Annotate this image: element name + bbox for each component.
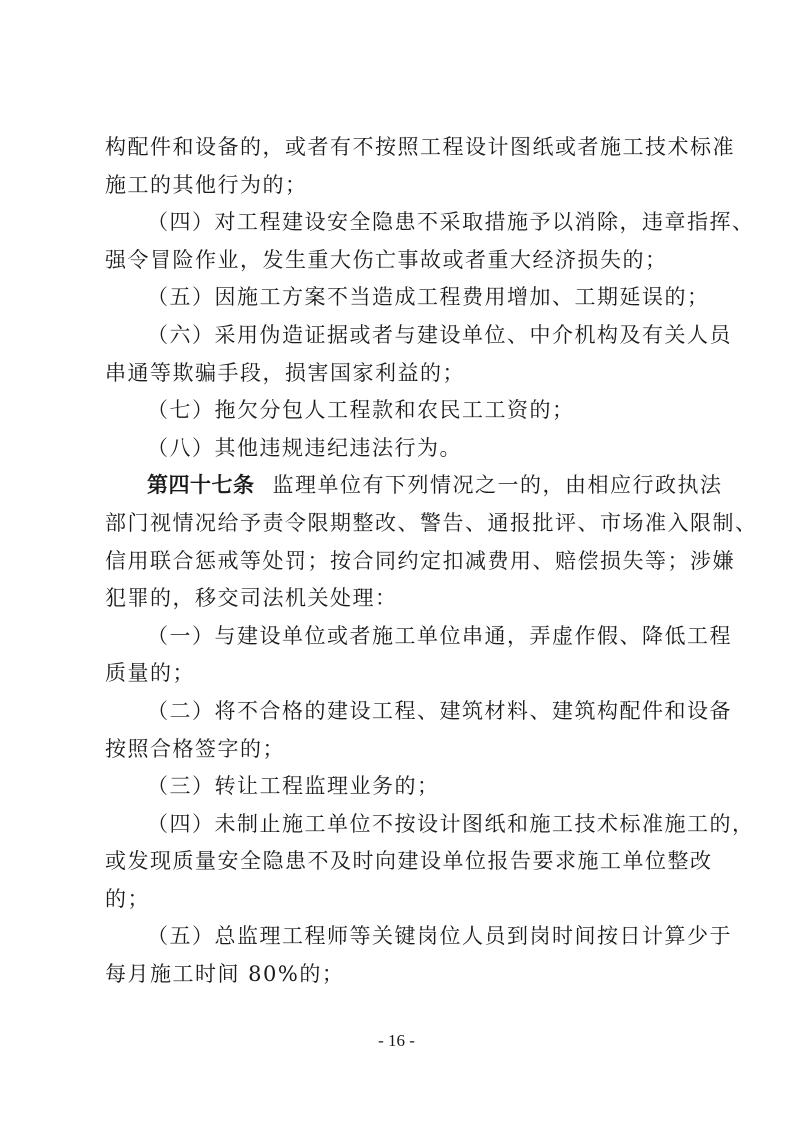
article-heading: 第四十七条 [147,473,255,497]
list-item: （四）未制止施工单位不按设计图纸和施工技术标准施工的， [105,806,690,844]
page-number: - 16 - [0,1030,793,1052]
text-line: 按照合格签字的； [105,731,690,769]
list-item: （八）其他违规违纪违法行为。 [105,430,690,468]
list-item: （三）转让工程监理业务的； [105,768,690,806]
list-item: （五）总监理工程师等关键岗位人员到岗时间按日计算少于 [105,918,690,956]
text-line: 质量的； [105,655,690,693]
text-line: 构配件和设备的，或者有不按照工程设计图纸或者施工技术标准 [105,129,690,167]
list-item: （一）与建设单位或者施工单位串通，弄虚作假、降低工程 [105,618,690,656]
text-line: 部门视情况给予责令限期整改、警告、通报批评、市场准入限制、 [105,505,690,543]
text-line: 信用联合惩戒等处罚；按合同约定扣减费用、赔偿损失等；涉嫌 [105,543,690,581]
text-line: 的； [105,881,690,919]
article-text: 监理单位有下列情况之一的，由相应行政执法 [273,473,723,497]
list-item: （二）将不合格的建设工程、建筑材料、建筑构配件和设备 [105,693,690,731]
list-item: （七）拖欠分包人工程款和农民工工资的； [105,392,690,430]
document-page: 构配件和设备的，或者有不按照工程设计图纸或者施工技术标准 施工的其他行为的； （… [0,0,793,1122]
text-line: 串通等欺骗手段，损害国家利益的； [105,355,690,393]
body-text: 构配件和设备的，或者有不按照工程设计图纸或者施工技术标准 施工的其他行为的； （… [105,129,690,994]
list-item: （五）因施工方案不当造成工程费用增加、工期延误的； [105,279,690,317]
text-line: 强令冒险作业，发生重大伤亡事故或者重大经济损失的； [105,242,690,280]
text-line: 或发现质量安全隐患不及时向建设单位报告要求施工单位整改 [105,843,690,881]
list-item: （四）对工程建设安全隐患不采取措施予以消除，违章指挥、 [105,204,690,242]
text-line: 犯罪的，移交司法机关处理： [105,580,690,618]
text-line: 每月施工时间 80%的； [105,956,690,994]
list-item: （六）采用伪造证据或者与建设单位、中介机构及有关人员 [105,317,690,355]
text-line: 施工的其他行为的； [105,167,690,205]
article-47-first-line: 第四十七条监理单位有下列情况之一的，由相应行政执法 [105,467,690,505]
